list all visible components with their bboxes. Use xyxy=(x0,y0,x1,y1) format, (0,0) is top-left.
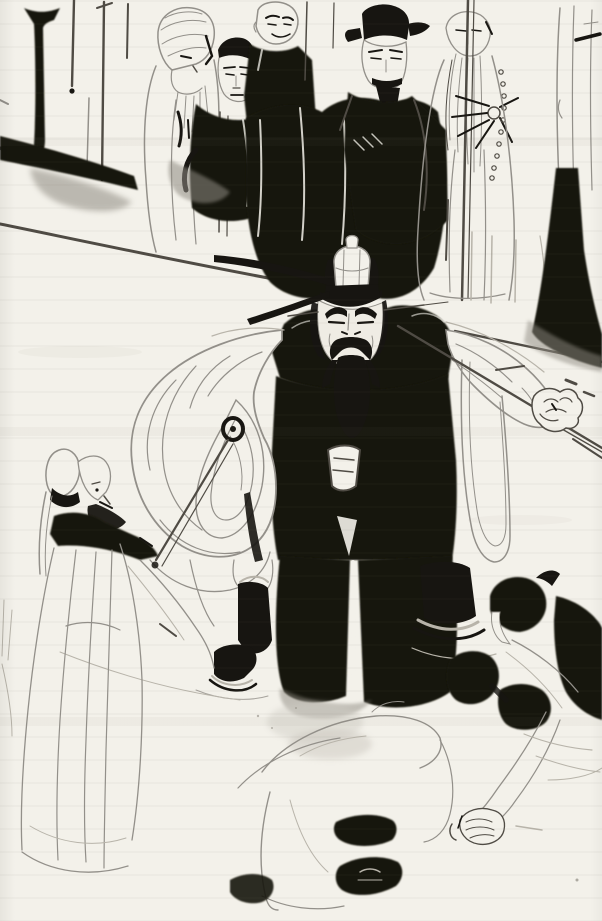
brush-stroke xyxy=(471,232,472,300)
brush-stroke xyxy=(238,582,272,654)
brush-stroke xyxy=(498,684,551,730)
brush-stroke xyxy=(488,107,500,119)
brush-stroke xyxy=(334,246,370,288)
brush-stroke xyxy=(257,715,259,717)
brush-stroke xyxy=(456,30,466,31)
brush-stroke xyxy=(346,236,358,249)
ink-painting xyxy=(0,0,602,921)
brush-stroke xyxy=(188,120,189,138)
brush-stroke xyxy=(371,58,381,59)
brush-stroke xyxy=(127,4,128,58)
brush-stroke xyxy=(391,58,401,59)
ink-painting-canvas xyxy=(0,0,602,921)
brush-stroke xyxy=(284,24,291,25)
brush-stroke xyxy=(515,240,516,302)
brush-stroke xyxy=(420,562,476,624)
brush-stroke xyxy=(18,346,142,358)
brush-stroke xyxy=(224,67,235,68)
brush-stroke xyxy=(353,562,354,698)
brush-stroke xyxy=(358,322,373,323)
clasped-hands xyxy=(460,808,505,844)
brush-stroke xyxy=(268,24,276,25)
brush-stroke xyxy=(226,74,234,75)
robe-skirt-left xyxy=(276,556,350,702)
rod-tip xyxy=(152,562,159,569)
brush-stroke xyxy=(468,515,572,525)
shoe-sole-upper xyxy=(334,815,397,846)
brush-stroke xyxy=(230,426,236,432)
brush-stroke xyxy=(576,879,579,882)
brush-stroke xyxy=(69,88,74,93)
brush-stroke xyxy=(95,488,98,491)
brush-stroke xyxy=(295,707,297,709)
brush-stroke xyxy=(329,322,344,323)
brush-stroke xyxy=(288,729,372,759)
waist-tablet xyxy=(328,446,360,491)
brush-stroke xyxy=(491,236,492,303)
brush-stroke xyxy=(256,2,298,44)
brush-stroke xyxy=(271,727,273,729)
